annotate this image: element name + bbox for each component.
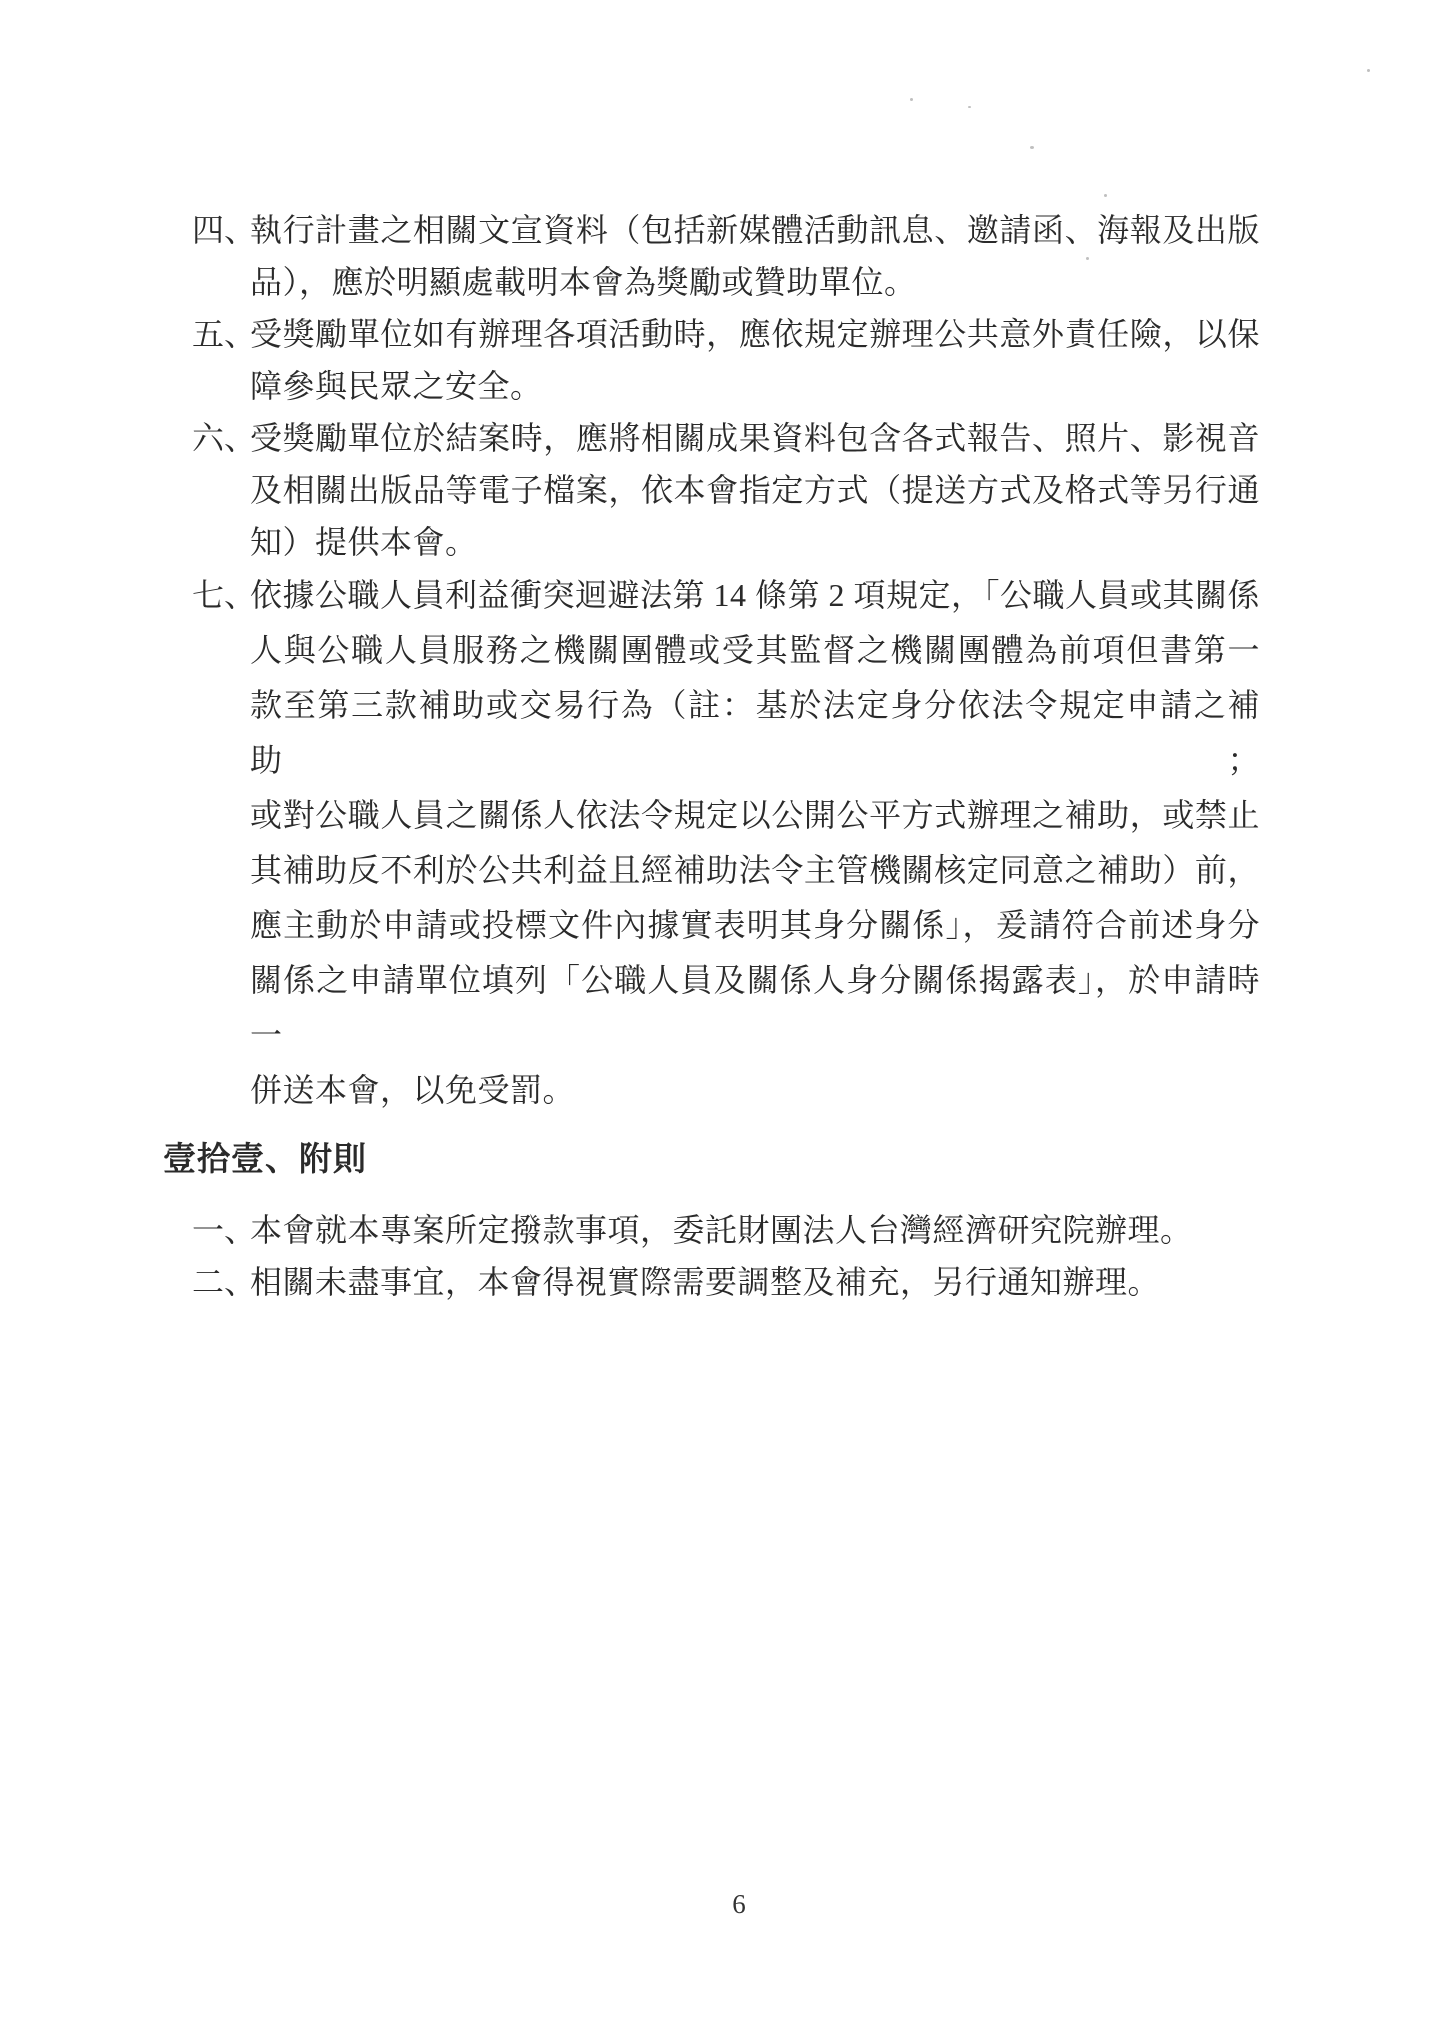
- page-number: 6: [699, 1889, 779, 1920]
- text-line: 受獎勵單位如有辦理各項活動時，應依規定辦理公共意外責任險，以保: [250, 308, 1260, 360]
- list-marker: 七、: [192, 568, 254, 623]
- scan-speck: [910, 98, 913, 101]
- text-line: 併送本會，以免受罰。: [250, 1063, 1260, 1118]
- scan-speck: [1104, 194, 1107, 197]
- text-line: 及相關出版品等電子檔案，依本會指定方式（提送方式及格式等另行通: [250, 464, 1260, 516]
- list-marker: 四、: [192, 204, 254, 256]
- section-item-1: 一、 本會就本專案所定撥款事項，委託財團法人台灣經濟研究院辦理。: [250, 1204, 1260, 1256]
- text-line: 應主動於申請或投標文件內據實表明其身分關係」，爰請符合前述身分: [250, 898, 1260, 953]
- section-item-2: 二、 相關未盡事宜，本會得視實際需要調整及補充，另行通知辦理。: [250, 1256, 1260, 1308]
- scan-speck: [1367, 69, 1370, 72]
- document-body: 四、 執行計畫之相關文宣資料（包括新媒體活動訊息、邀請函、海報及出版 品），應於…: [0, 204, 1440, 1308]
- text-line: 相關未盡事宜，本會得視實際需要調整及補充，另行通知辦理。: [250, 1256, 1260, 1308]
- text-line: 依據公職人員利益衝突迴避法第 14 條第 2 項規定，「公職人員或其關係: [250, 568, 1260, 623]
- section-items: 一、 本會就本專案所定撥款事項，委託財團法人台灣經濟研究院辦理。 二、 相關未盡…: [0, 1204, 1440, 1308]
- list-marker: 五、: [192, 308, 254, 360]
- text-line: 或對公職人員之關係人依法令規定以公開公平方式辦理之補助，或禁止: [250, 788, 1260, 843]
- scan-speck: [1030, 146, 1034, 149]
- text-line: 關係之申請單位填列「公職人員及關係人身分關係揭露表」，於申請時一: [250, 953, 1260, 1063]
- text-line: 本會就本專案所定撥款事項，委託財團法人台灣經濟研究院辦理。: [250, 1204, 1260, 1256]
- scan-speck: [968, 106, 971, 108]
- list-marker: 六、: [192, 412, 254, 464]
- list-item-5: 五、 受獎勵單位如有辦理各項活動時，應依規定辦理公共意外責任險，以保 障參與民眾…: [250, 308, 1260, 412]
- list-marker: 二、: [192, 1256, 254, 1308]
- text-line: 障參與民眾之安全。: [250, 360, 1260, 412]
- list-item-7: 七、 依據公職人員利益衝突迴避法第 14 條第 2 項規定，「公職人員或其關係 …: [250, 568, 1260, 1118]
- list-marker: 一、: [192, 1204, 254, 1256]
- text-line: 受獎勵單位於結案時，應將相關成果資料包含各式報告、照片、影視音: [250, 412, 1260, 464]
- text-line: 知）提供本會。: [250, 516, 1260, 568]
- text-line: 執行計畫之相關文宣資料（包括新媒體活動訊息、邀請函、海報及出版: [250, 204, 1260, 256]
- text-line: 品），應於明顯處載明本會為獎勵或贊助單位。: [250, 256, 1260, 308]
- text-line: 其補助反不利於公共利益且經補助法令主管機關核定同意之補助）前，: [250, 843, 1260, 898]
- list-item-6: 六、 受獎勵單位於結案時，應將相關成果資料包含各式報告、照片、影視音 及相關出版…: [250, 412, 1260, 568]
- document-page: 四、 執行計畫之相關文宣資料（包括新媒體活動訊息、邀請函、海報及出版 品），應於…: [0, 0, 1440, 2037]
- text-line: 人與公職人員服務之機關團體或受其監督之機關團體為前項但書第一: [250, 623, 1260, 678]
- list-item-4: 四、 執行計畫之相關文宣資料（包括新媒體活動訊息、邀請函、海報及出版 品），應於…: [250, 204, 1260, 308]
- section-heading: 壹拾壹、附則: [163, 1140, 1440, 1180]
- text-line: 款至第三款補助或交易行為（註：基於法定身分依法令規定申請之補助；: [250, 678, 1260, 788]
